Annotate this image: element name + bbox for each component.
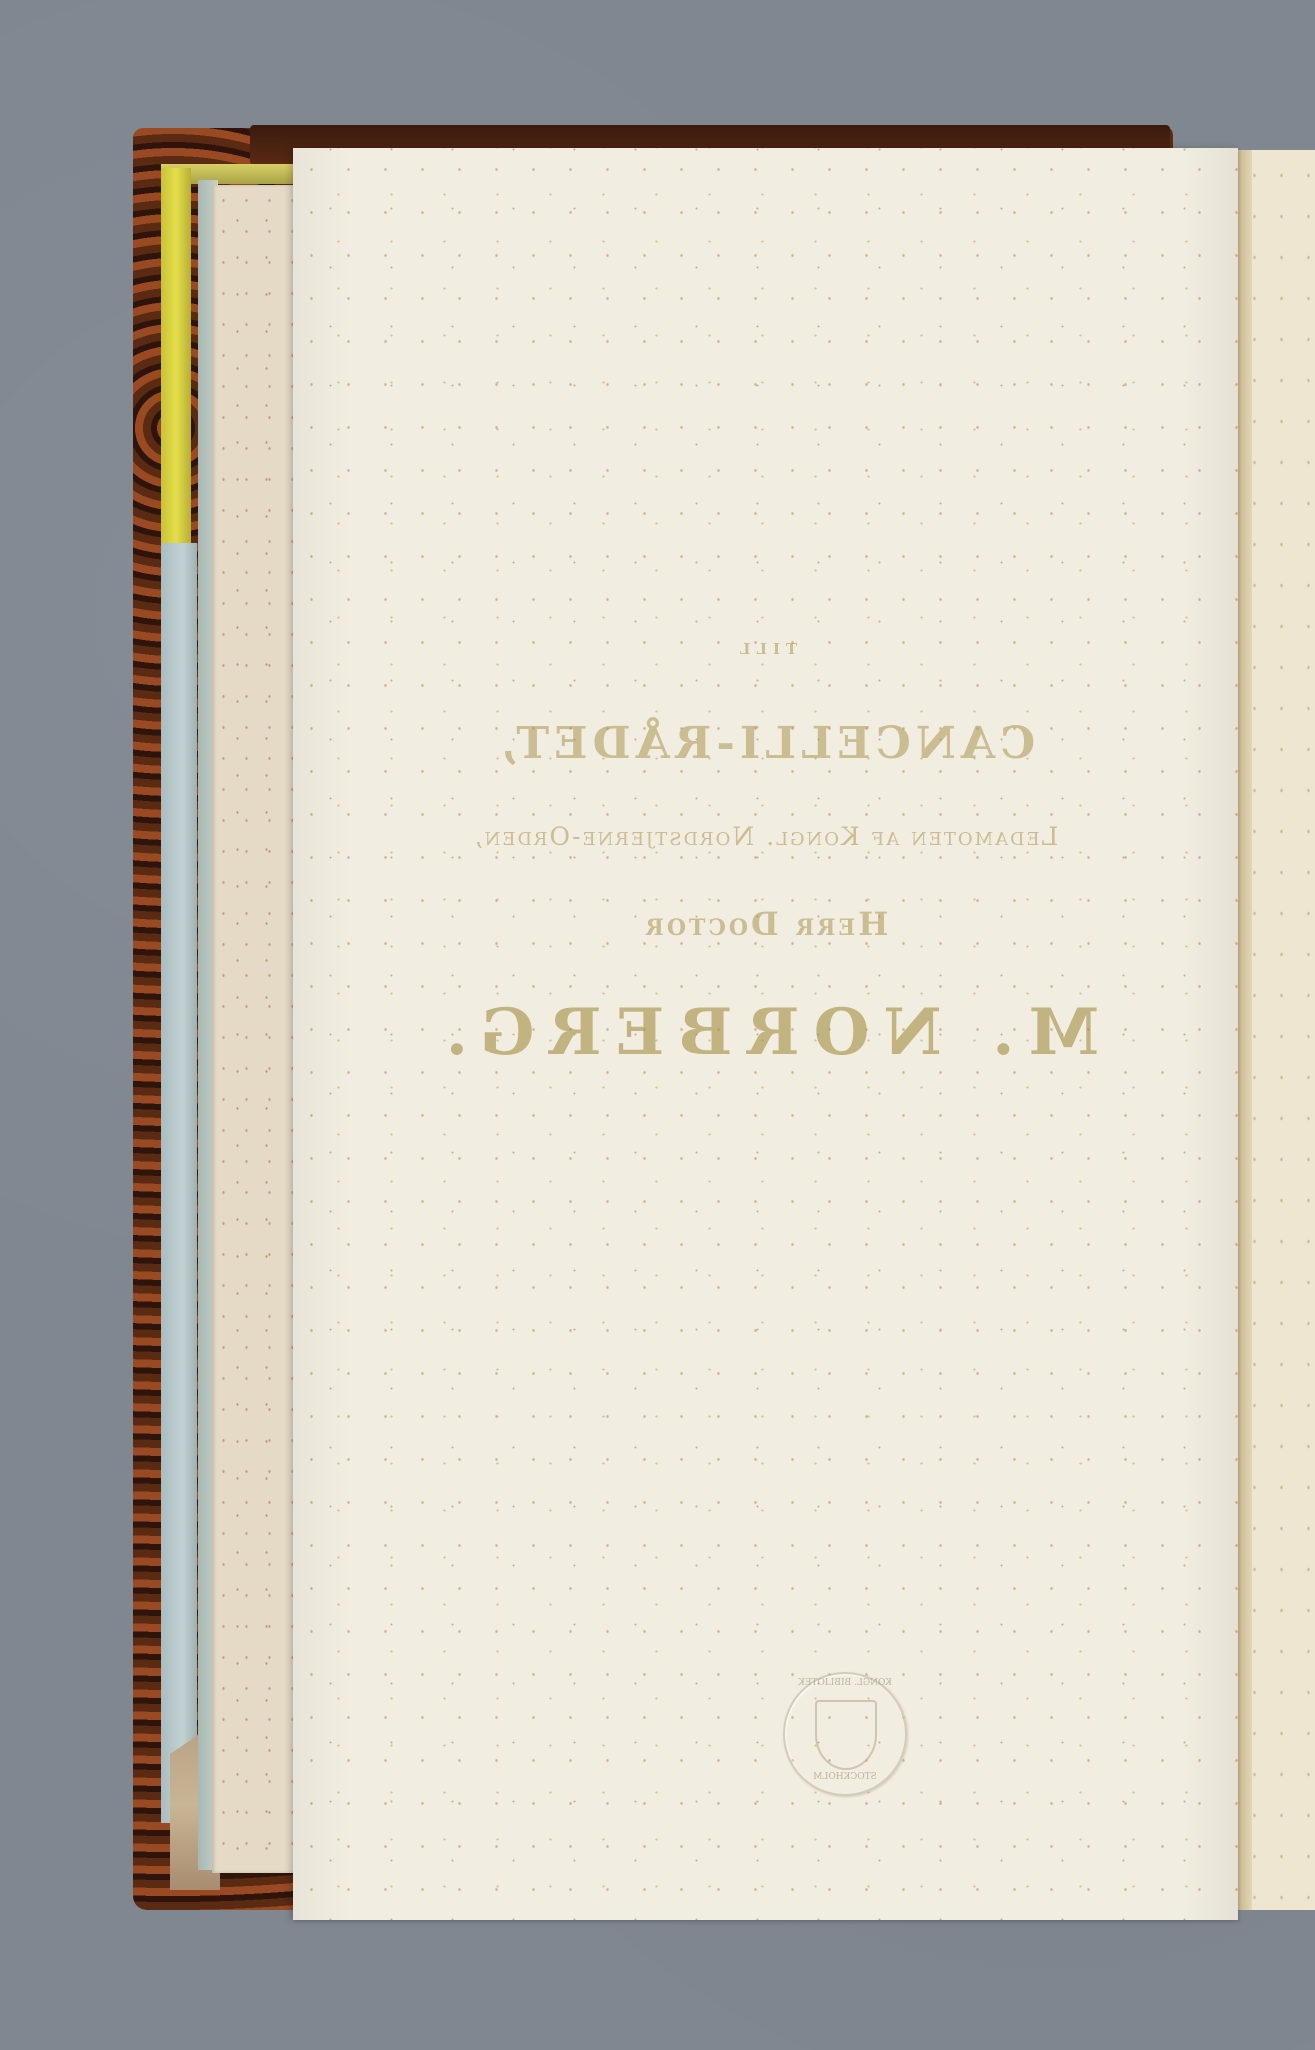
library-stamp-icon: KONGL. BIBLIOTEK STOCKHOLM — [783, 1672, 907, 1796]
facing-page-edge — [1238, 150, 1315, 1910]
stamp-text-top: KONGL. BIBLIOTEK — [785, 1674, 905, 1688]
showthrough-line-till: TILL — [293, 640, 1238, 658]
stamp-text-bottom: STOCKHOLM — [785, 1688, 905, 1782]
blue-endpaper — [161, 543, 197, 1823]
showthrough-line-order: Ledamoten af Kongl. Nordstjerne-Orden, — [293, 822, 1238, 851]
showthrough-line-title: CANCELLI-RÅDET, — [293, 718, 1238, 769]
yellow-endpaper — [161, 168, 191, 543]
showthrough-line-name: M. NORBERG. — [293, 995, 1238, 1070]
showthrough-line-herr: Herr Doctor — [293, 905, 1238, 943]
stamp-text: KONGL. BIBLIOTEK STOCKHOLM — [785, 1674, 905, 1794]
